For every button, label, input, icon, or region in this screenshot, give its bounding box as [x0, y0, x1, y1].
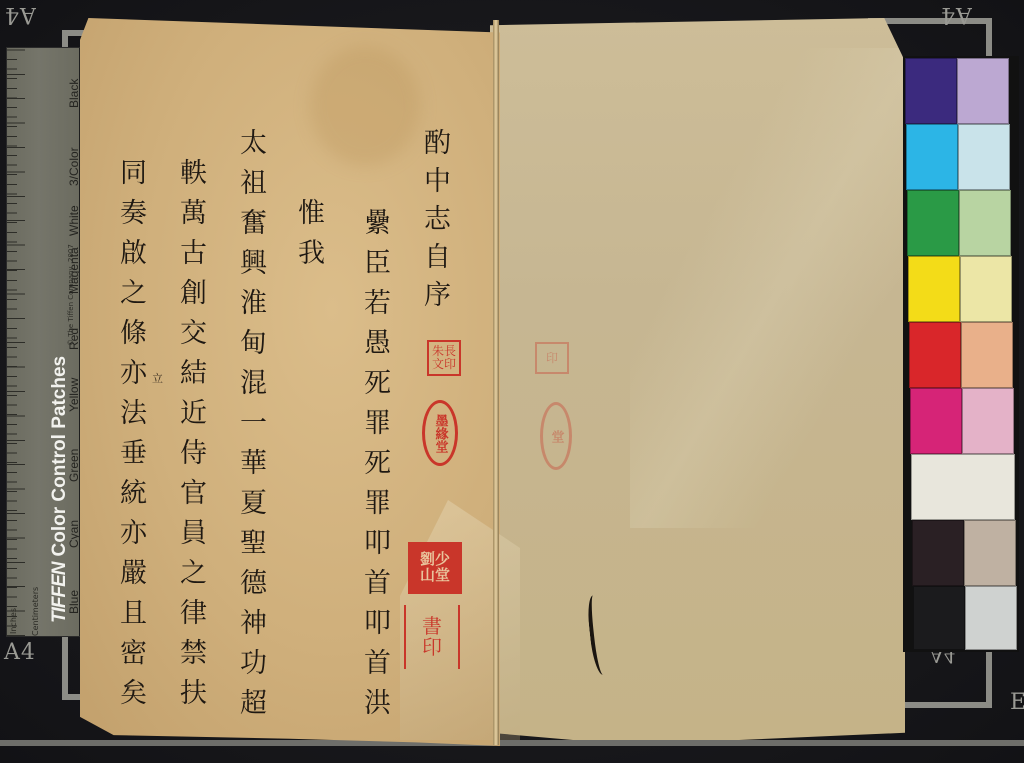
- char: 洪: [364, 690, 391, 730]
- char: 密: [120, 640, 147, 680]
- paper-shading: [630, 48, 930, 528]
- patch-light-gray: [965, 586, 1017, 650]
- char: 叩: [364, 610, 391, 650]
- char: 首: [364, 650, 391, 690]
- color-label-blue: Blue: [67, 590, 81, 614]
- patch-yellow-light: [960, 256, 1012, 322]
- tiffen-color-strip: Inches Centimeters TIFFENColor Control P…: [7, 48, 87, 636]
- char: 奮: [240, 210, 267, 250]
- char: 若: [364, 290, 391, 330]
- ruler-ticks-inch: [7, 48, 25, 636]
- char: 罪: [364, 410, 391, 450]
- char: 矣: [120, 680, 147, 720]
- patch-dark-brown: [912, 520, 964, 586]
- patch-yellow: [908, 256, 960, 322]
- char: 萬: [180, 200, 207, 240]
- a4-mark-top-right: A4: [940, 2, 972, 27]
- char: 啟: [120, 240, 147, 280]
- char: 惟: [298, 200, 325, 240]
- seal-solid-red: 劉少山堂: [408, 542, 462, 594]
- char: 官: [180, 480, 207, 520]
- text-column-5: 同 奏 啟 之 條 亦 法 垂 統 亦 嚴 且 密 矣: [120, 160, 147, 720]
- book-gutter-fold: [493, 20, 499, 745]
- char: 律: [180, 600, 207, 640]
- char: 太: [240, 130, 267, 170]
- text-column-2: 惟 我: [298, 200, 325, 280]
- patch-tan: [964, 520, 1016, 586]
- char: 且: [120, 600, 147, 640]
- margin-annotation: 立: [152, 370, 163, 386]
- text-column-1: 纍 臣 若 愚 死 罪 死 罪 叩 首 叩 首 洪: [364, 210, 391, 730]
- char: 夏: [240, 490, 267, 530]
- paper-stain: [310, 46, 420, 166]
- char: 一: [240, 410, 267, 450]
- char: 奏: [120, 200, 147, 240]
- right-page: [490, 18, 905, 740]
- char: 聖: [240, 530, 267, 570]
- char: 愚: [364, 330, 391, 370]
- char: 扶: [180, 680, 207, 720]
- title-char: 志: [424, 206, 451, 244]
- char: 罪: [364, 490, 391, 530]
- char: 垂: [120, 440, 147, 480]
- char: 結: [180, 360, 207, 400]
- color-label-cyan: Cyan: [67, 520, 81, 548]
- char: 同: [120, 160, 147, 200]
- char: 侍: [180, 440, 207, 480]
- text-column-4: 軼 萬 古 創 交 結 近 侍 官 員 之 律 禁 扶: [180, 160, 207, 720]
- char: 古: [180, 240, 207, 280]
- patch-white: [911, 454, 1015, 520]
- char: 臣: [364, 250, 391, 290]
- char: 死: [364, 450, 391, 490]
- char: 甸: [240, 330, 267, 370]
- char: 華: [240, 450, 267, 490]
- char: 統: [120, 480, 147, 520]
- char: 首: [364, 570, 391, 610]
- text-column-3: 太 祖 奮 興 淮 甸 混 一 華 夏 聖 德 神 功 超: [240, 130, 267, 730]
- patch-green-light: [959, 190, 1011, 256]
- char: 我: [298, 240, 325, 280]
- template-guide-bottom: [0, 740, 1024, 746]
- seal-oval: 墨緣堂: [422, 400, 458, 466]
- edge-mark: E: [1010, 690, 1024, 715]
- char: 祖: [240, 170, 267, 210]
- char: 超: [240, 690, 267, 730]
- patch-green: [907, 190, 959, 256]
- seal-faint-square: 印: [535, 342, 569, 374]
- color-calibration-patches: [903, 56, 1019, 652]
- patch-cyan-light: [958, 124, 1010, 190]
- seal-square-small: 朱長文印: [427, 340, 461, 376]
- char: 之: [180, 560, 207, 600]
- title-column: 酌 中 志 自 序: [424, 130, 451, 320]
- color-label-yellow: Yellow: [67, 378, 81, 412]
- char: 亦: [120, 360, 147, 400]
- char: 禁: [180, 640, 207, 680]
- char: 之: [120, 280, 147, 320]
- color-label-black: Black: [67, 79, 81, 108]
- seal-outline: 書印: [404, 605, 460, 669]
- patch-magenta: [910, 388, 962, 454]
- char: 嚴: [120, 560, 147, 600]
- inches-label: Inches: [9, 608, 18, 634]
- scan-background: A4 A4 A4 A4 E Inches Centimeters TIFFENC…: [0, 0, 1024, 763]
- a4-mark-top-left: A4: [4, 2, 36, 27]
- char: 德: [240, 570, 267, 610]
- title-char: 酌: [424, 130, 451, 168]
- color-label-3color: 3/Color: [67, 147, 81, 186]
- title-char: 序: [424, 282, 451, 320]
- char: 創: [180, 280, 207, 320]
- color-label-red: Red: [67, 328, 81, 350]
- char: 軼: [180, 160, 207, 200]
- patch-red-light: [961, 322, 1013, 388]
- a4-mark-bottom-left: A4: [4, 640, 36, 665]
- patch-black: [913, 586, 965, 650]
- char: 纍: [364, 210, 391, 250]
- char: 死: [364, 370, 391, 410]
- char: 混: [240, 370, 267, 410]
- color-label-green: Green: [67, 449, 81, 482]
- patch-magenta-light: [962, 388, 1014, 454]
- char: 興: [240, 250, 267, 290]
- title-char: 自: [424, 244, 451, 282]
- patch-cyan: [906, 124, 958, 190]
- char: 交: [180, 320, 207, 360]
- color-label-white: White: [67, 205, 81, 236]
- char: 法: [120, 400, 147, 440]
- title-char: 中: [424, 168, 451, 206]
- char: 員: [180, 520, 207, 560]
- centimeters-label: Centimeters: [31, 587, 40, 636]
- patch-blue: [905, 58, 957, 124]
- char: 功: [240, 650, 267, 690]
- char: 神: [240, 610, 267, 650]
- char: 叩: [364, 530, 391, 570]
- patch-red: [909, 322, 961, 388]
- char: 亦: [120, 520, 147, 560]
- color-label-magenta: Magenta: [67, 247, 81, 294]
- char: 條: [120, 320, 147, 360]
- patch-blue-light: [957, 58, 1009, 124]
- char: 近: [180, 400, 207, 440]
- char: 淮: [240, 290, 267, 330]
- seal-faint-oval: 堂: [540, 402, 572, 470]
